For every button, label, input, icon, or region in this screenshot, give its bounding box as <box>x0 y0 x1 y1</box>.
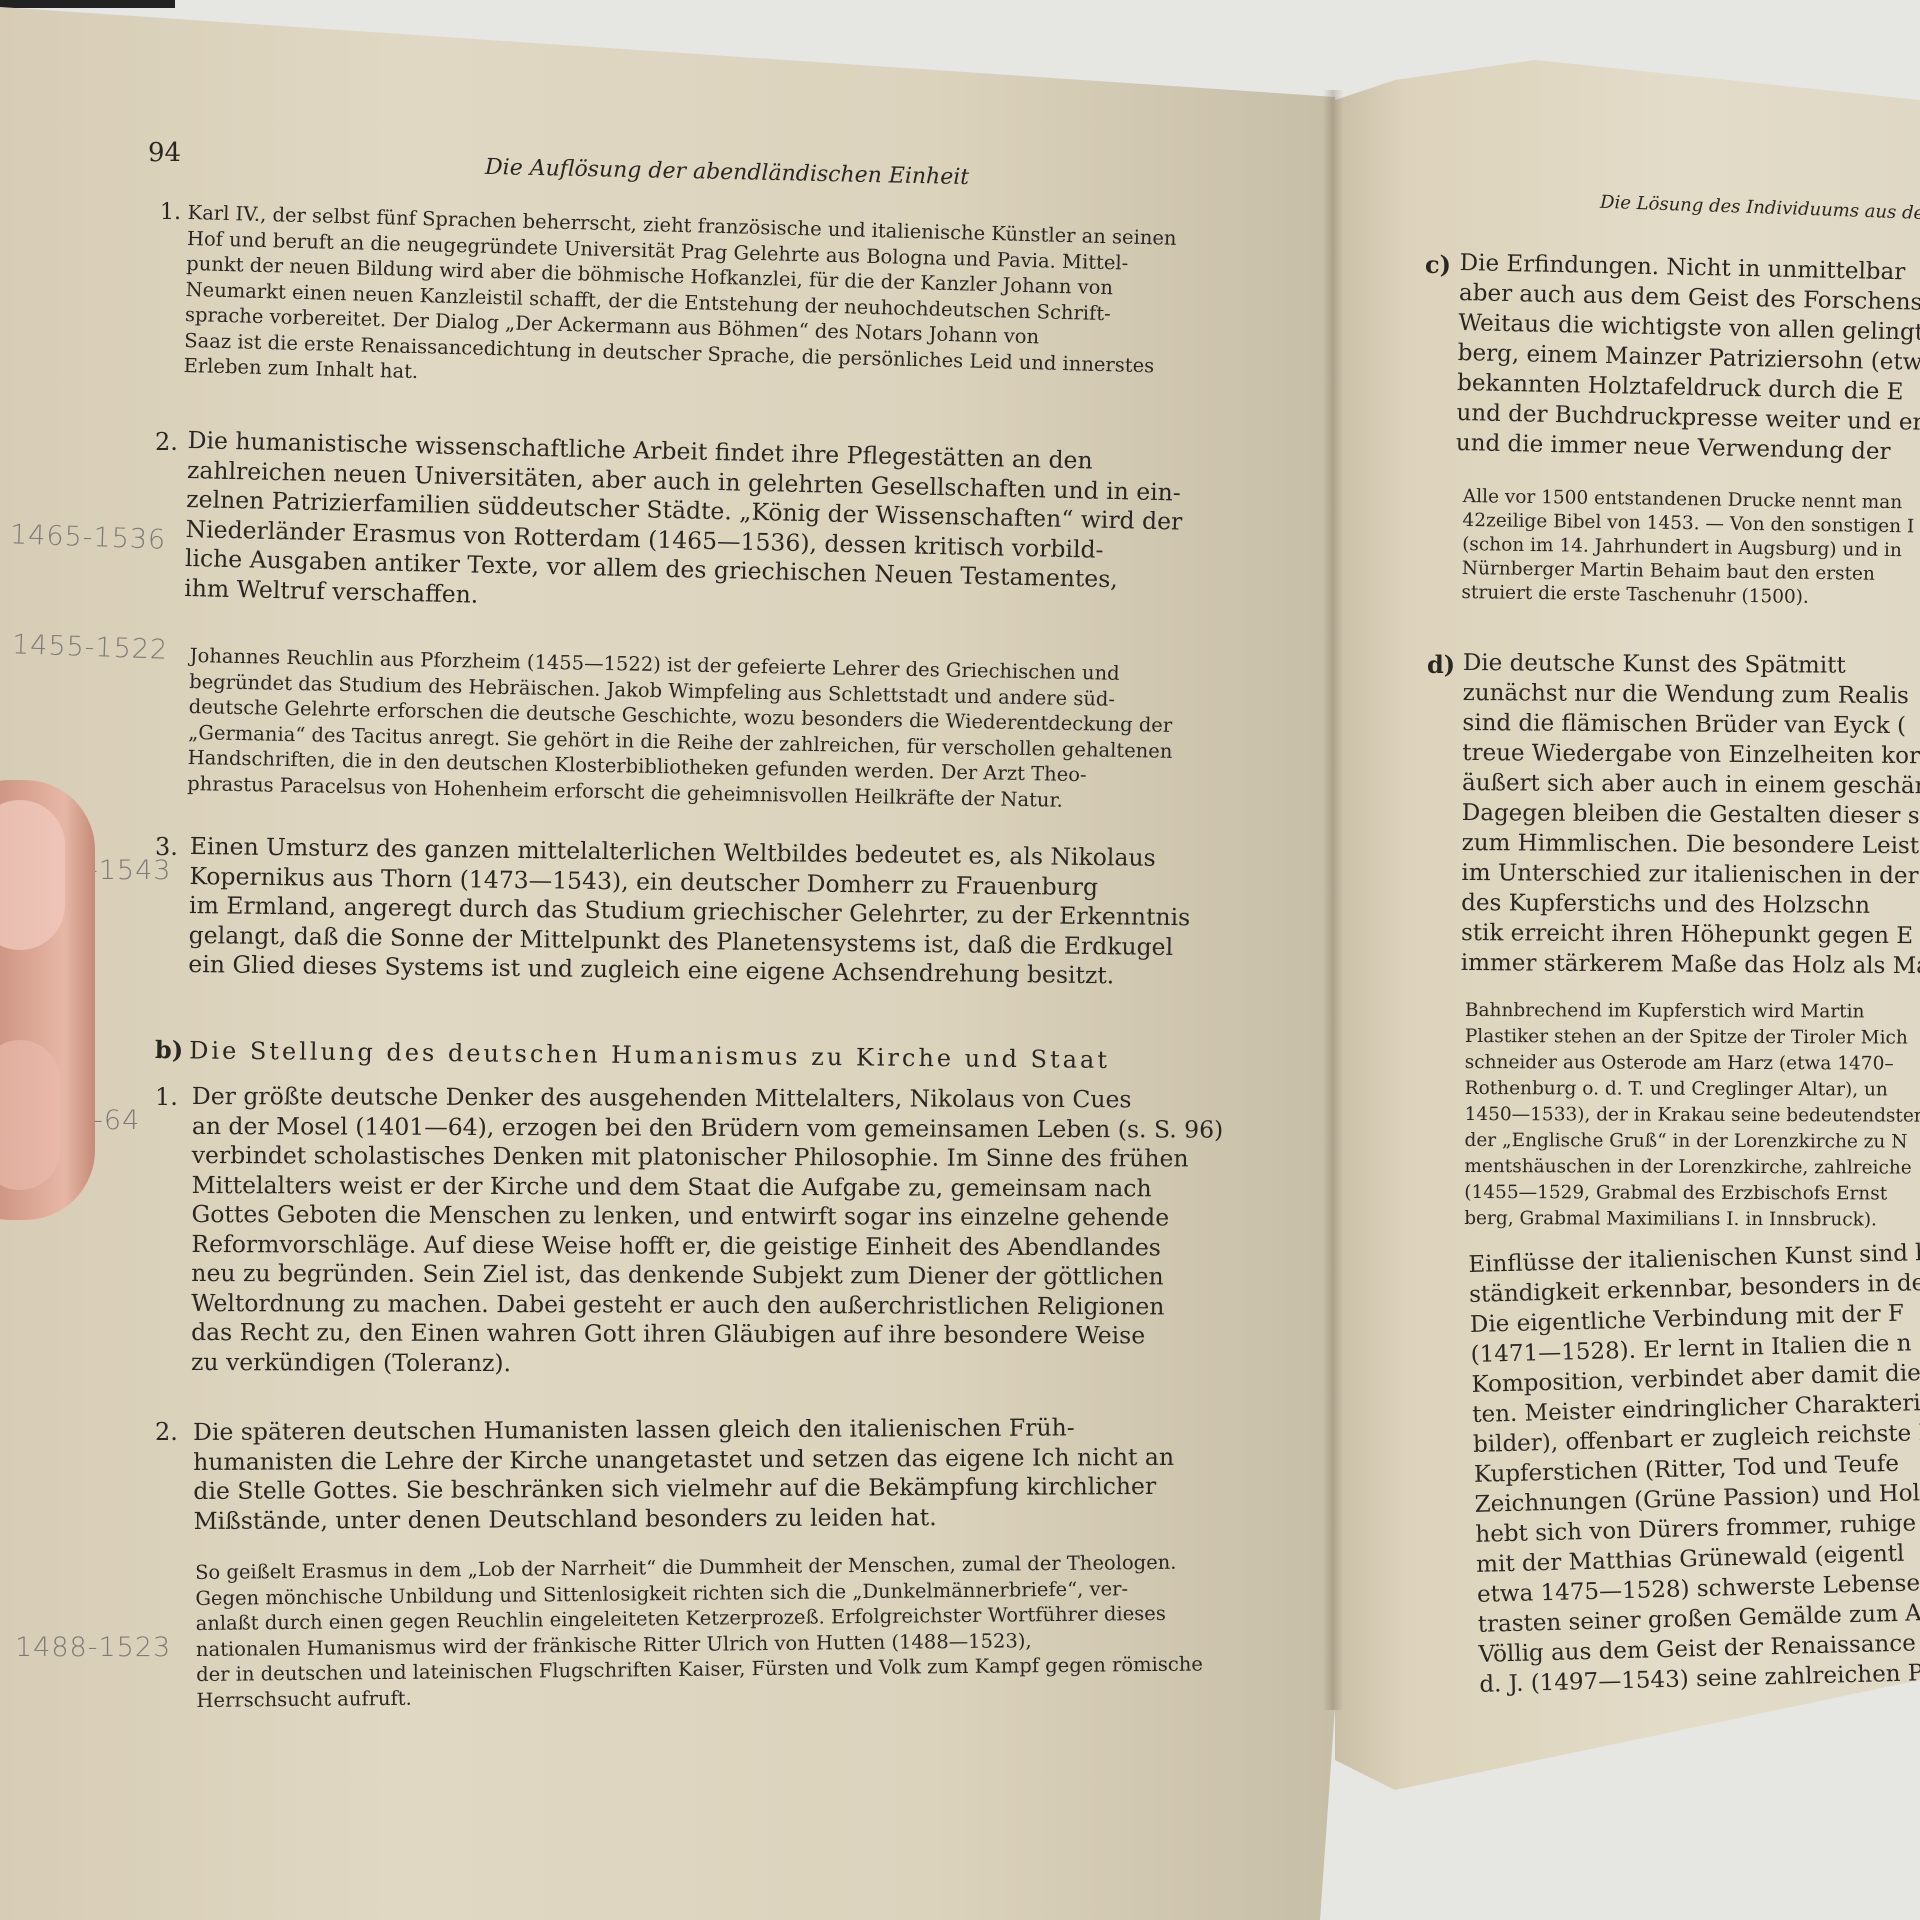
section-label: c) <box>1425 250 1451 279</box>
note-printing: Alle vor 1500 entstandenen Drucke nennt … <box>1461 485 1914 611</box>
background-object <box>0 0 175 8</box>
margin-note: 1465-1536 <box>10 519 167 555</box>
thumb-holding-page <box>0 780 95 1220</box>
item-number: 2. <box>155 428 178 456</box>
item-number: 2. <box>155 1418 178 1446</box>
paragraph-karl-iv: Karl IV., der selbst fünf Sprachen beher… <box>183 200 1177 404</box>
margin-note: 1488-1523 <box>15 1632 171 1663</box>
paragraph-kunst: Die deutsche Kunst des Spätmitt zunächst… <box>1461 648 1920 981</box>
paragraph-duerer: Einflüsse der italienischen Kunst sind b… <box>1468 1238 1920 1700</box>
item-number: 1. <box>155 1083 178 1111</box>
section-label: d) <box>1427 650 1455 679</box>
page-number: 94 <box>148 138 181 168</box>
paragraph-nikolaus-von-cues: Der größte deutsche Denker des ausgehend… <box>191 1082 1223 1381</box>
paragraph-humanism-work: Die humanistische wissenschaftliche Arbe… <box>184 426 1184 626</box>
note-kupferstich: Bahnbrechend im Kupferstich wird Martin … <box>1464 998 1920 1234</box>
right-page-content: Die Lösung des Individuums aus der mi c)… <box>1335 0 1920 1920</box>
paragraph-later-humanists: Die späteren deutschen Humanisten lassen… <box>193 1413 1174 1536</box>
item-number: 3. <box>155 833 178 861</box>
paragraph-erfindungen: Die Erfindungen. Nicht in unmittelbar ab… <box>1456 248 1920 469</box>
section-label: b) <box>155 1035 183 1064</box>
note-reuchlin: Johannes Reuchlin aus Pforzheim (1455—15… <box>187 643 1174 815</box>
note-erasmus-hutten: So geißelt Erasmus in dem „Lob der Narrh… <box>195 1549 1203 1713</box>
margin-note: 1455-1522 <box>12 629 169 665</box>
running-head-right: Die Lösung des Individuums aus der mi <box>1600 192 1920 226</box>
paragraph-kopernikus: Einen Umsturz des ganzen mittelalterlich… <box>188 832 1191 992</box>
item-number: 1. <box>160 200 181 225</box>
